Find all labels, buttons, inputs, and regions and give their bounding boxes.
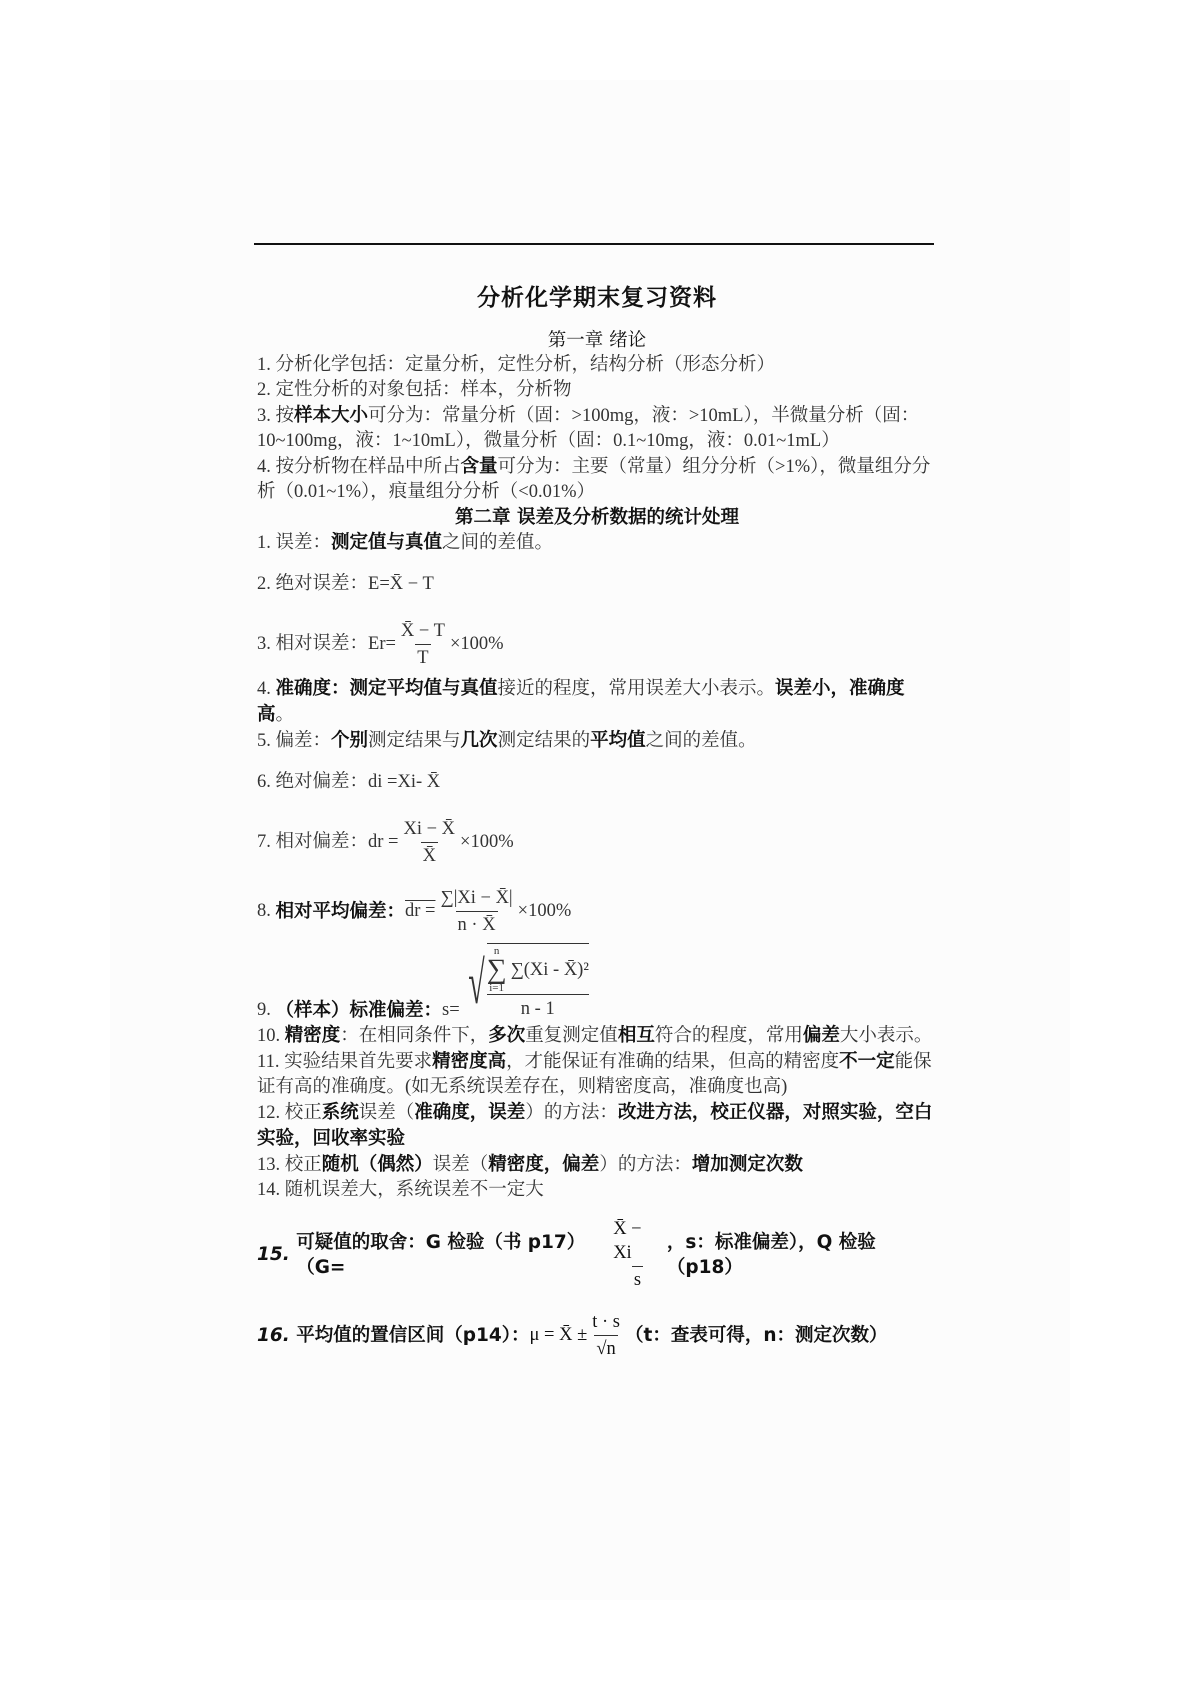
ch2-item-11: 11. 实验结果首先要求精密度高，才能保证有准确的结果，但高的精密度不一定能保证…: [257, 1049, 937, 1100]
radical-icon: √: [468, 943, 484, 1023]
chapter-1-heading: 第一章 绪论: [257, 328, 937, 353]
ch2-item-13: 13. 校正随机（偶然）误差（精密度，偏差）的方法：增加测定次数: [257, 1152, 937, 1178]
ch1-item-4: 4. 按分析物在样品中所占含量可分为：主要（常量）组分分析（>1%），微量组分分…: [257, 454, 937, 505]
document-body: 分析化学期末复习资料 第一章 绪论 1. 分析化学包括：定量分析，定性分析，结构…: [257, 280, 937, 1361]
fraction: X̄ − Xis: [611, 1217, 664, 1292]
ch2-item-3-relative-error: 3. 相对误差： Er= X̄ − TT ×100%: [257, 619, 937, 670]
page-title: 分析化学期末复习资料: [257, 280, 937, 316]
ch2-item-5-deviation: 5. 偏差：个别测定结果与几次测定结果的平均值之间的差值。: [257, 728, 937, 754]
ch2-item-1: 1. 误差：测定值与真值之间的差值。: [257, 530, 937, 556]
ch1-item-3: 3. 按样本大小可分为：常量分析（固：>100mg，液：>10mL），半微量分析…: [257, 403, 937, 454]
ch2-item-7-relative-deviation: 7. 相对偏差： dr = Xi − X̄X̄ ×100%: [257, 817, 937, 868]
ch2-item-12: 12. 校正系统误差（准确度，误差）的方法：改进方法，校正仪器，对照实验，空白实…: [257, 1100, 937, 1152]
fraction: ∑|Xi − X̄|n · X̄: [439, 886, 515, 937]
ch2-item-9-standard-deviation: 9. （样本）标准偏差： s= √ n∑i=1 ∑(Xi - X̄)² n - …: [257, 943, 937, 1023]
chapter-2-heading: 第二章 误差及分析数据的统计处理: [257, 505, 937, 530]
ch2-item-4-accuracy: 4. 准确度：测定平均值与真值接近的程度，常用误差大小表示。误差小，准确度高。: [257, 676, 937, 728]
header-rule: [254, 243, 934, 245]
ch1-item-2: 2. 定性分析的对象包括：样本，分析物: [257, 378, 937, 403]
ch2-item-6-absolute-deviation: 6. 绝对偏差：di =Xi- X̄: [257, 770, 937, 795]
ch2-item-15-g-test: 15. 可疑值的取舍：G 检验（书 p17）（G= X̄ − Xis ，s：标准…: [257, 1217, 937, 1292]
ch2-item-8-relative-mean-deviation: 8. 相对平均偏差： dr = ∑|Xi − X̄|n · X̄ ×100%: [257, 886, 937, 937]
fraction: Xi − X̄X̄: [402, 817, 458, 868]
square-root: √ n∑i=1 ∑(Xi - X̄)² n - 1: [460, 943, 589, 1023]
ch2-item-2-absolute-error: 2. 绝对误差：E=X̄ − T: [257, 572, 937, 597]
fraction: t · s√n: [590, 1310, 622, 1361]
ch2-item-10-precision: 10. 精密度：在相同条件下，多次重复测定值相互符合的程度，常用偏差大小表示。: [257, 1023, 937, 1049]
ch1-item-1: 1. 分析化学包括：定量分析，定性分析，结构分析（形态分析）: [257, 353, 937, 378]
ch2-item-16-confidence-interval: 16. 平均值的置信区间（p14）： μ = X̄ ± t · s√n （t：查…: [257, 1310, 937, 1361]
formula-absolute-error: E=X̄ − T: [368, 574, 434, 594]
fraction: X̄ − TT: [399, 619, 447, 670]
ch2-item-14: 14. 随机误差大，系统误差不一定大: [257, 1178, 937, 1203]
